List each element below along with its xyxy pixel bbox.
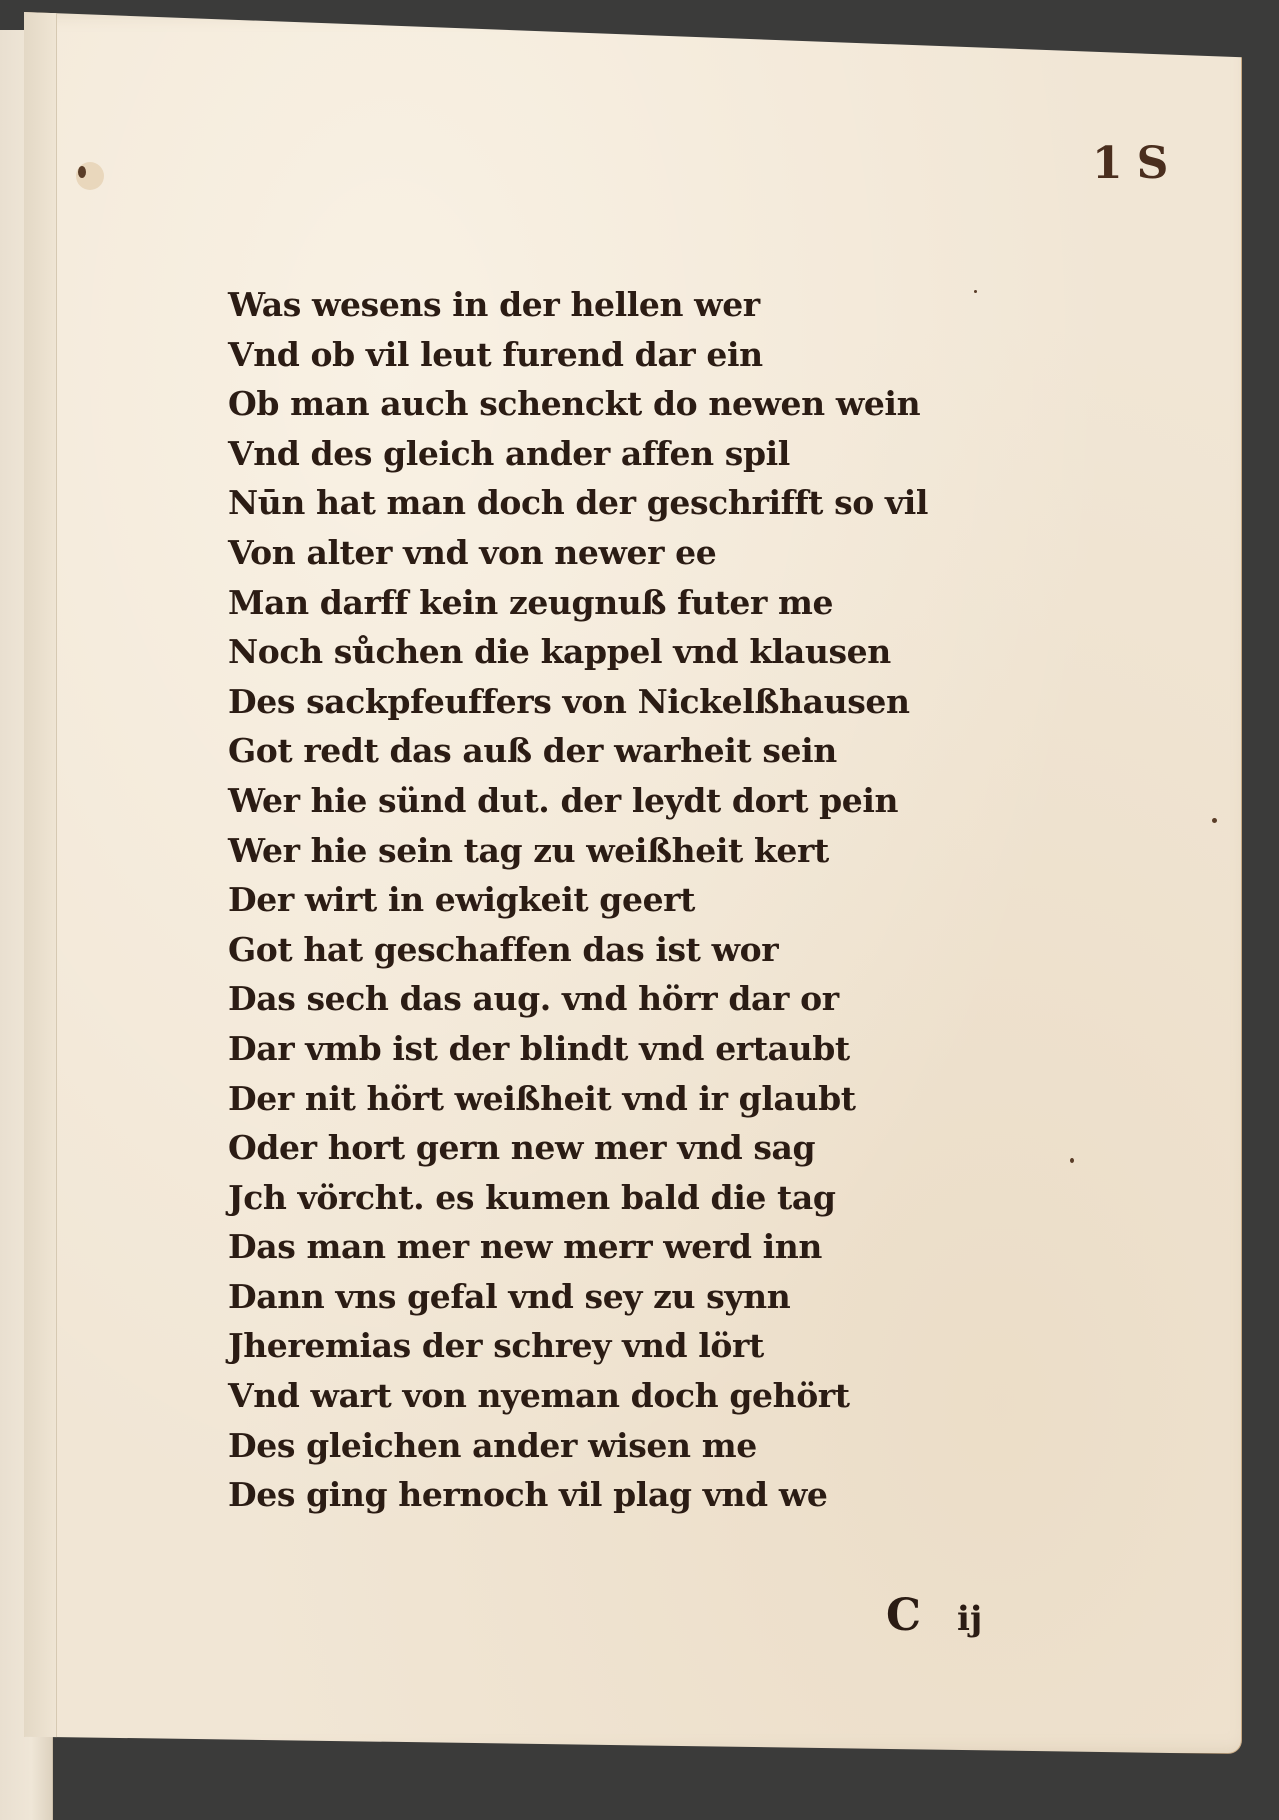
verse-line: Des sackpfeuffers von Nickelßhausen (228, 677, 1048, 727)
signature-mark: C ij (886, 1590, 982, 1641)
verse-line: Des gleichen ander wisen me (228, 1421, 1048, 1471)
ink-speck (1212, 818, 1217, 823)
verse-line: Jheremias der schrey vnd lört (228, 1321, 1048, 1371)
verse-line: Dann vns gefal vnd sey zu synn (228, 1272, 1048, 1322)
verse-line: Vnd wart von nyeman doch gehört (228, 1371, 1048, 1421)
verse-line: Noch sůchen die kappel vnd klausen (228, 627, 1048, 677)
verse-line: Das man mer new merr werd inn (228, 1222, 1048, 1272)
verse-line: Vnd ob vil leut furend dar ein (228, 330, 1048, 380)
verse-line: Was wesens in der hellen wer (228, 280, 1048, 330)
verse-line: Got redt das auß der warheit sein (228, 726, 1048, 776)
verse-line: Ob man auch schenckt do newen wein (228, 379, 1048, 429)
wormhole-speck (78, 166, 86, 178)
verse-line: Vnd des gleich ander affen spil (228, 429, 1048, 479)
verse-line: Von alter vnd von newer ee (228, 528, 1048, 578)
signature-letter: C (886, 1590, 921, 1641)
verse-line: Man darff kein zeugnuß futer me (228, 578, 1048, 628)
folio-mark: 1S (1092, 138, 1182, 189)
verse-text-block: Was wesens in der hellen wer Vnd ob vil … (228, 280, 1048, 1520)
verse-line: Jch vörcht. es kumen bald die tag (228, 1173, 1048, 1223)
page-gutter (24, 12, 57, 1754)
verse-line: Der wirt in ewigkeit geert (228, 875, 1048, 925)
verse-line: Der nit hört weißheit vnd ir glaubt (228, 1074, 1048, 1124)
verse-line: Wer hie sünd dut. der leydt dort pein (228, 776, 1048, 826)
verse-line: Wer hie sein tag zu weißheit kert (228, 826, 1048, 876)
verse-line: Dar vmb ist der blindt vnd ertaubt (228, 1024, 1048, 1074)
book-page: 1S Was wesens in der hellen wer Vnd ob v… (24, 12, 1242, 1754)
signature-number: ij (957, 1599, 982, 1639)
verse-line: Nūn hat man doch der geschrifft so vil (228, 478, 1048, 528)
verse-line: Des ging hernoch vil plag vnd we (228, 1470, 1048, 1520)
verse-line: Got hat geschaffen das ist wor (228, 925, 1048, 975)
verse-line: Oder hort gern new mer vnd sag (228, 1123, 1048, 1173)
ink-speck (1070, 1158, 1074, 1163)
verse-line: Das sech das aug. vnd hörr dar or (228, 974, 1048, 1024)
